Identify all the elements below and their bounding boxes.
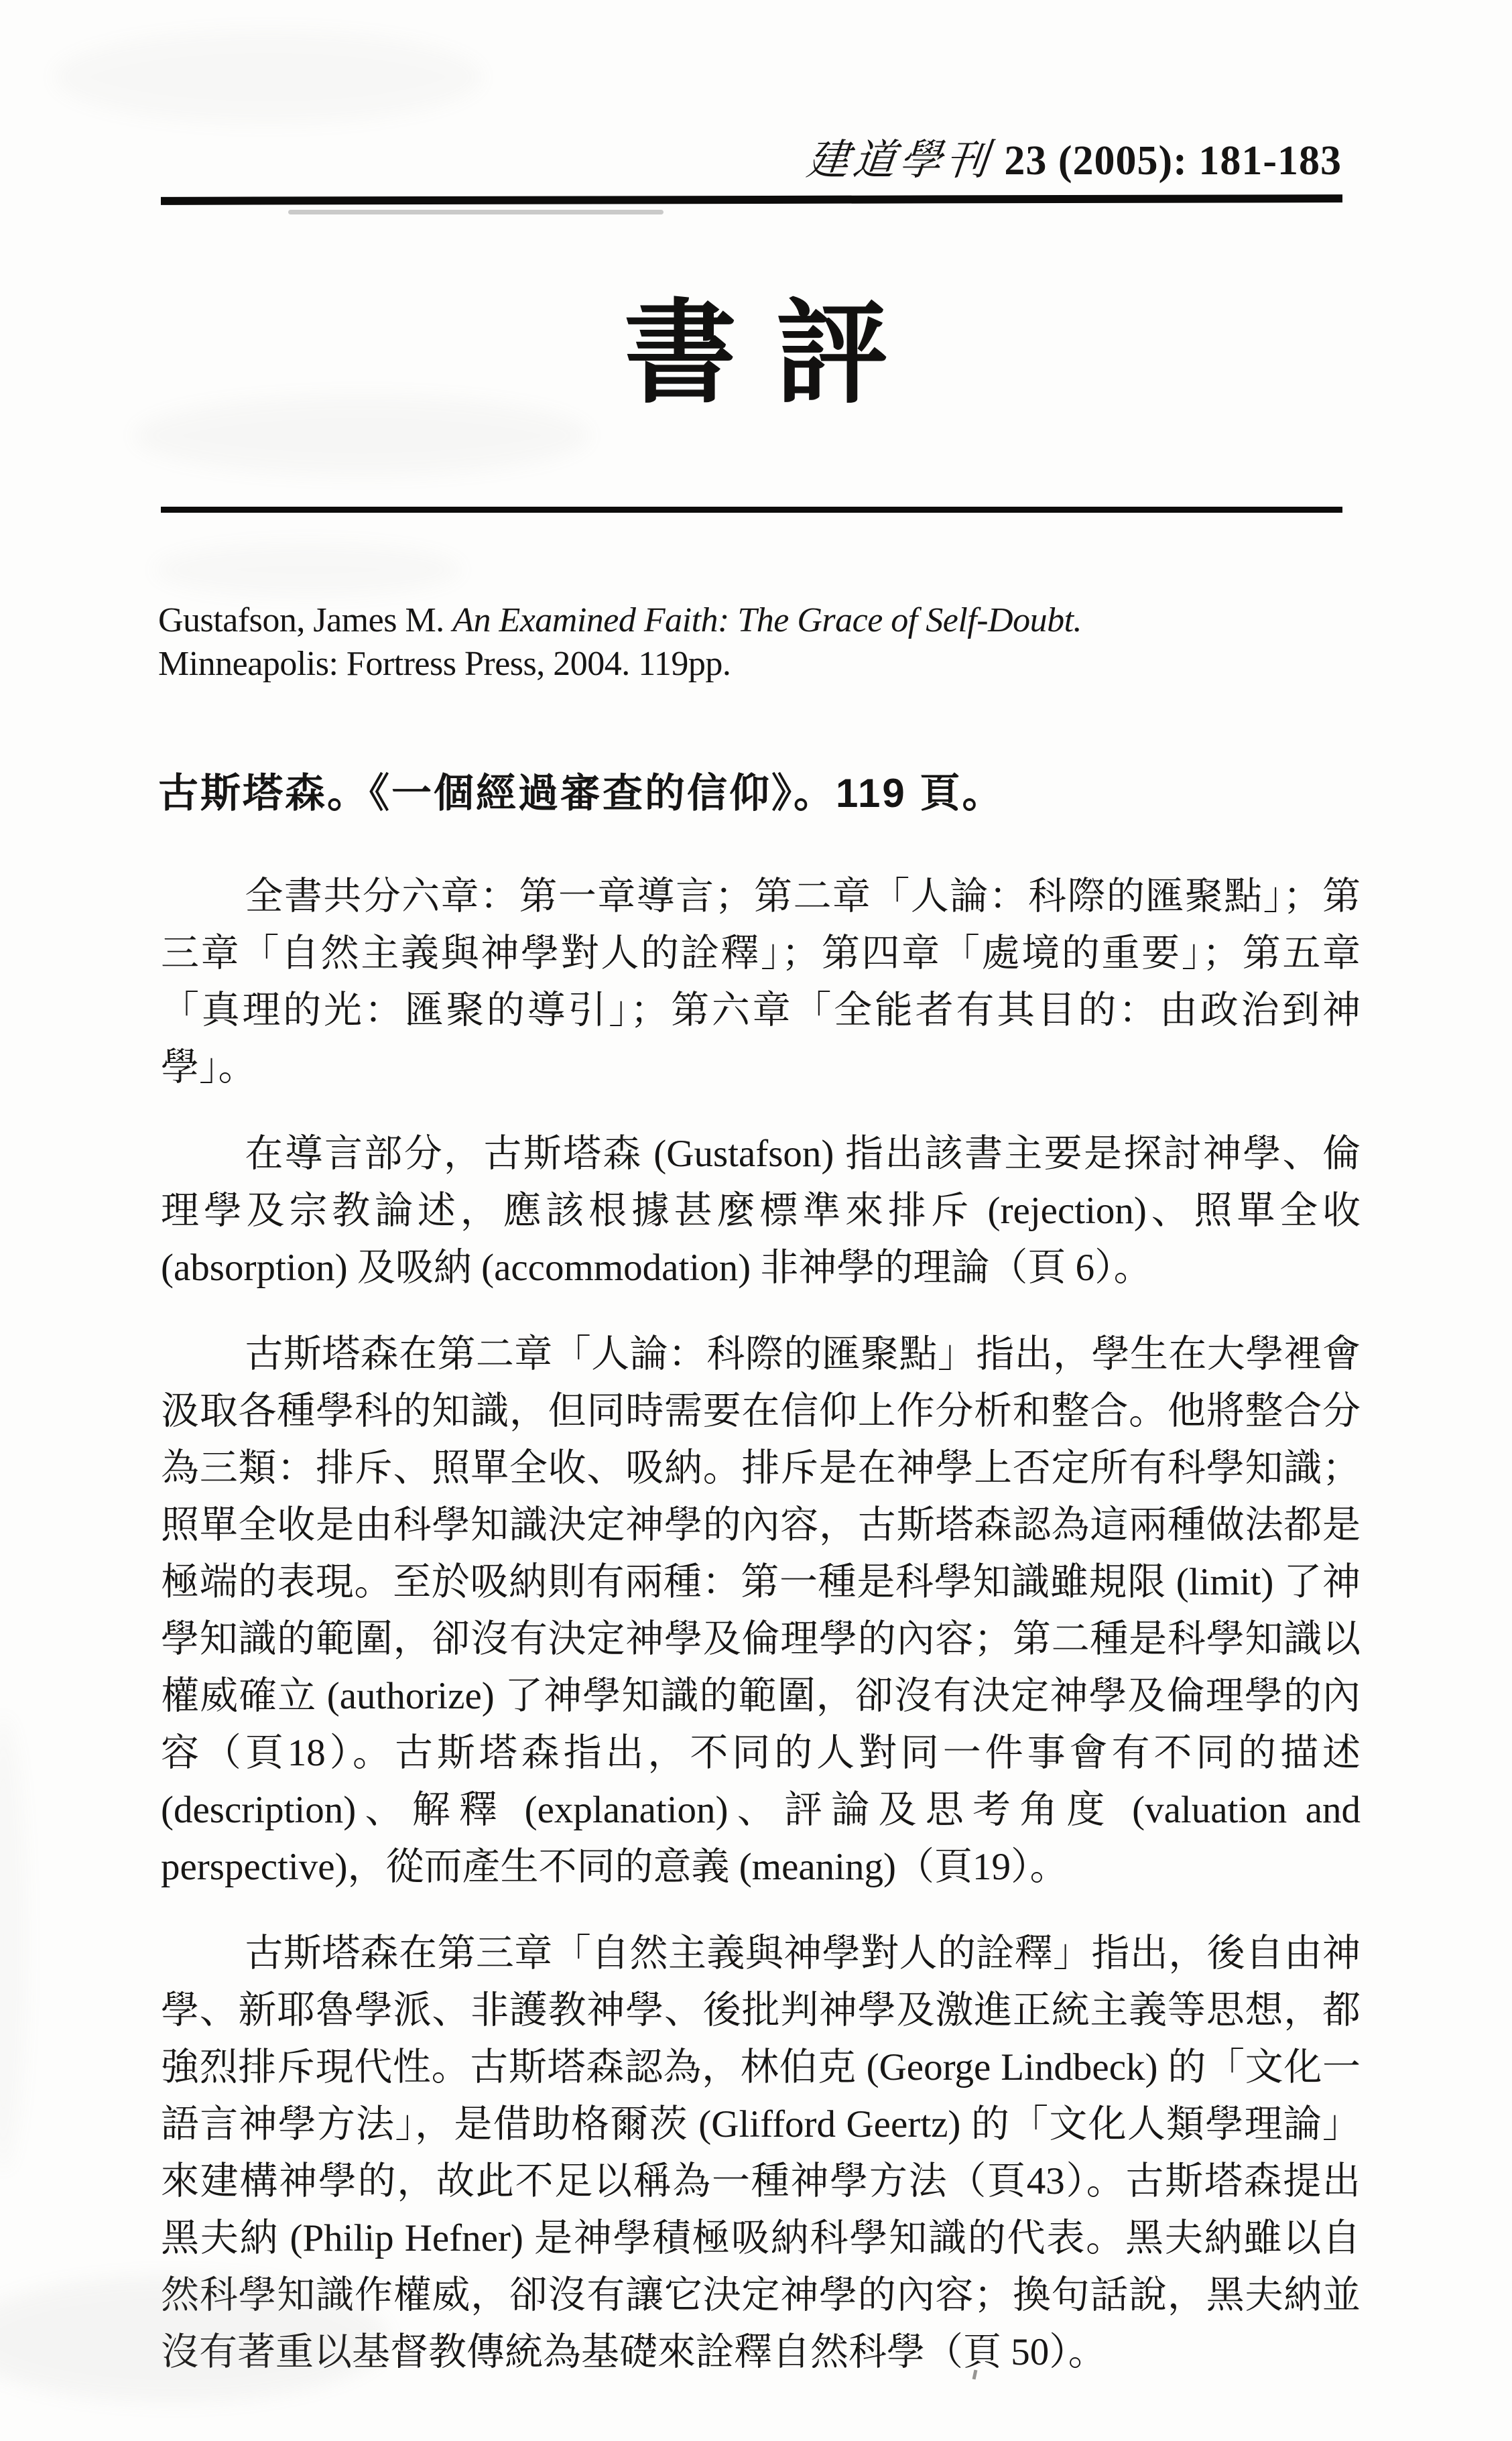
scan-smudge	[0, 1716, 27, 2172]
book-citation-title: An Examined Faith: The Grace of Self-Dou…	[452, 601, 1082, 639]
journal-issue-info: 23 (2005): 181-183	[1004, 138, 1342, 184]
header-rule	[161, 194, 1342, 205]
book-citation-english-line-2: Minneapolis: Fortress Press, 2004. 119pp…	[158, 642, 1365, 686]
scanned-journal-page: 建道學刊23 (2005): 181-183 書評 Gustafson, Jam…	[0, 0, 1512, 2441]
header-rule-scan-shadow	[288, 210, 664, 214]
title-rule	[161, 507, 1342, 513]
scan-smudge	[154, 543, 462, 597]
review-paragraph-2: 在導言部分，古斯塔森 (Gustafson) 指出該書主要是探討神學、倫理學及宗…	[161, 1125, 1361, 1296]
review-body: 全書共分六章：第一章導言；第二章「人論：科際的匯聚點」；第三章「自然主義與神學對…	[161, 868, 1361, 2410]
book-citation: Gustafson, James M. An Examined Faith: T…	[158, 599, 1365, 819]
book-citation-english-line-1: Gustafson, James M. An Examined Faith: T…	[158, 599, 1365, 642]
page-title: 書評	[0, 296, 1512, 414]
review-paragraph-3: 古斯塔森在第二章「人論：科際的匯聚點」指出，學生在大學裡會汲取各種學科的知識，但…	[161, 1326, 1361, 1895]
review-paragraph-1: 全書共分六章：第一章導言；第二章「人論：科際的匯聚點」；第三章「自然主義與神學對…	[161, 868, 1361, 1096]
scan-smudge	[54, 30, 483, 124]
book-citation-author: Gustafson, James M.	[158, 601, 452, 639]
scan-smudge	[134, 395, 590, 476]
journal-citation-header: 建道學刊23 (2005): 181-183	[807, 134, 1342, 198]
journal-name: 建道學刊	[804, 134, 995, 186]
book-citation-chinese: 古斯塔森。《一個經過審查的信仰》。119 頁。	[158, 761, 1365, 819]
